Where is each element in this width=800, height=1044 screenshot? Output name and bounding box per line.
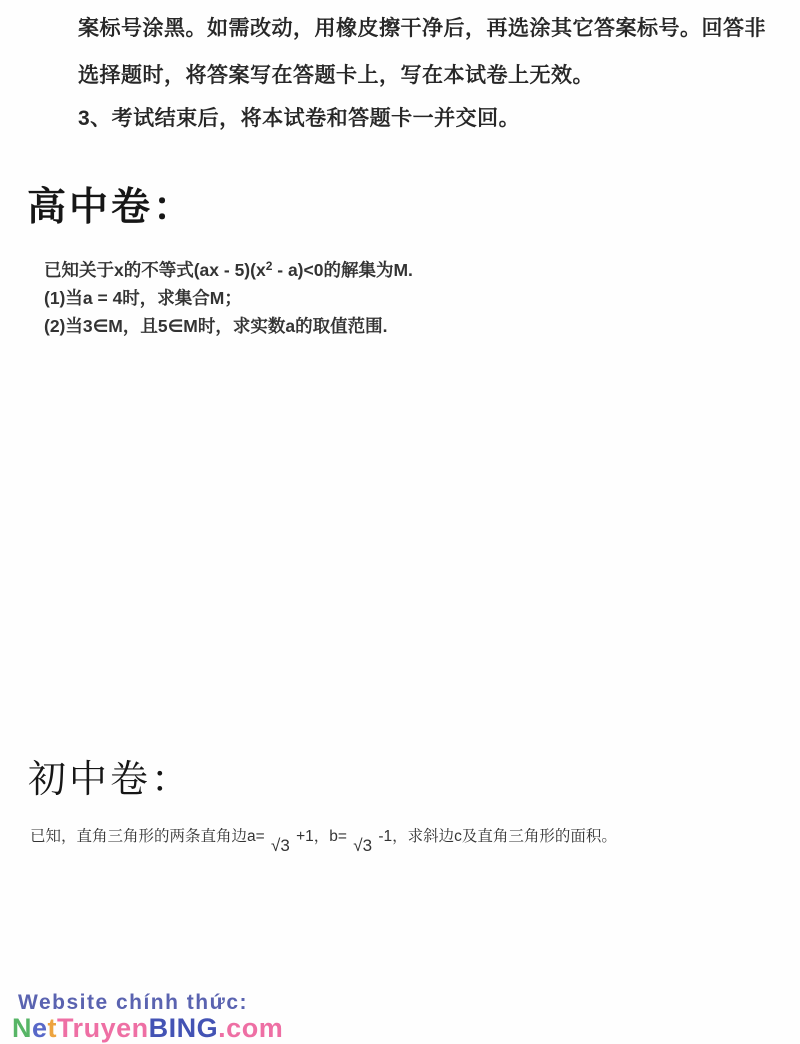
problem1-line2: (1)当a = 4时，求集合M； [44,284,413,312]
footer-site-letter: e [116,1013,132,1043]
problem1-line3: (2)当3∈M，且5∈M时，求实数a的取值范围. [44,312,413,340]
footer-site-letter: m [259,1013,284,1043]
footer-site-name: NetTruyenBING.com [12,1013,283,1044]
footer-site-letter: N [177,1013,197,1043]
footer-site-letter: T [57,1013,73,1043]
sqrt-3-first: √3 [269,836,292,855]
high-school-section-heading: 高中卷： [27,176,195,232]
middle-school-problem: 已知，直角三角形的两条直角边a= √3 +1，b= √3 -1，求斜边c及直角三… [30,824,617,846]
problem1-line1: 已知关于x的不等式(ax - 5)(x2 - a)<0的解集为M. [44,252,413,284]
instruction-line-2: 选择题时，将答案写在答题卡上，写在本试卷上无效。 [78,59,594,89]
footer-site-letter: . [218,1013,226,1043]
footer-site-letter: n [132,1013,149,1043]
instruction-line-3: 3、考试结束后，将本试卷和答题卡一并交回。 [78,102,520,132]
high-school-problem: 已知关于x的不等式(ax - 5)(x2 - a)<0的解集为M. (1)当a … [44,252,413,340]
sqrt-3-second: √3 [351,836,374,855]
footer-site-letter: B [149,1013,169,1043]
problem1-line1-post: - a)<0的解集为M. [272,260,413,280]
problem2-part2: +1，b= [292,828,351,845]
footer-official-website-label: Website chính thức: [18,991,248,1015]
problem2-part1: 已知，直角三角形的两条直角边a= [30,828,269,845]
footer-site-letter: t [48,1013,58,1043]
footer-site-letter: G [197,1013,219,1043]
footer-site-letter: N [12,1013,32,1043]
problem2-part3: -1，求斜边c及直角三角形的面积。 [374,828,617,845]
middle-school-section-heading: 初中卷： [28,748,192,803]
footer-site-letter: r [73,1013,84,1043]
footer-site-letter: e [32,1013,48,1043]
footer-site-letter: y [101,1013,117,1043]
instruction-line-1: 案标号涂黑。如需改动，用橡皮擦干净后，再选涂其它答案标号。回答非 [78,12,766,42]
problem1-line1-pre: 已知关于x的不等式(ax - 5)(x [44,260,266,280]
footer-site-letter: I [169,1013,177,1043]
exam-paper-page: 案标号涂黑。如需改动，用橡皮擦干净后，再选涂其它答案标号。回答非 选择题时，将答… [0,0,800,1044]
footer-site-letter: o [242,1013,259,1043]
footer-site-letter: c [226,1013,242,1043]
footer-site-letter: u [84,1013,101,1043]
